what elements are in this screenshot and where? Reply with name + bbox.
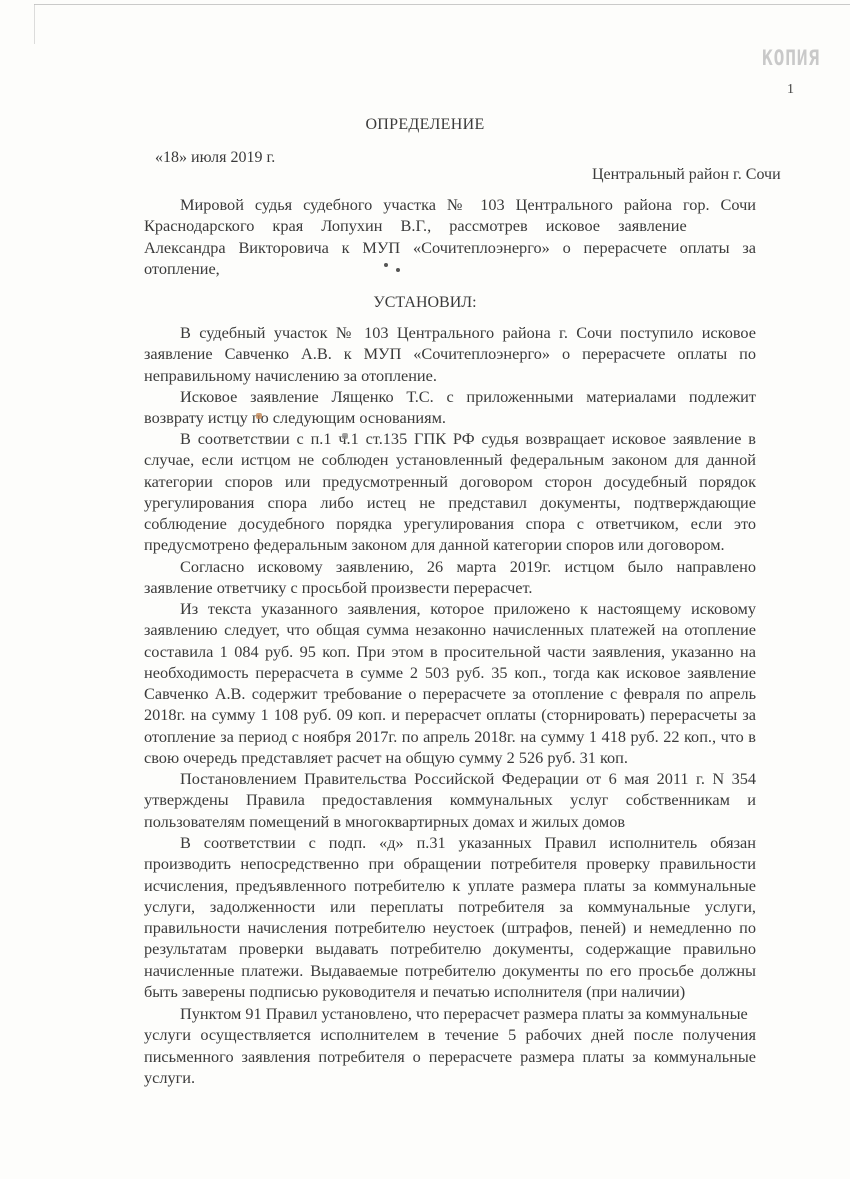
text-line: Из текста указанного заявления, которое … <box>144 598 756 619</box>
text-line: начисленные платежи. Выдаваемые потребит… <box>144 960 756 981</box>
text-line: заявлению следует, что общая сумма незак… <box>144 619 756 640</box>
intro-paragraph: Мировой судья судебного участка № 103 Це… <box>144 194 756 279</box>
text-line: составила 1 084 руб. 95 коп. При этом в … <box>144 641 756 662</box>
scan-speck <box>384 263 388 267</box>
paragraph: Исковое заявление Лященко Т.С. с приложе… <box>144 386 756 429</box>
document-title: ОПРЕДЕЛЕНИЕ <box>0 116 850 134</box>
copy-stamp: КОПИЯ <box>762 46 820 70</box>
paragraph: Из текста указанного заявления, которое … <box>144 598 756 768</box>
paragraph: Согласно исковому заявлению, 26 марта 20… <box>144 556 756 599</box>
paragraph: Пунктом 91 Правил установлено, что перер… <box>144 1003 756 1088</box>
text-line: 2018г. на сумму 1 108 руб. 09 коп. и пер… <box>144 704 756 725</box>
paragraph: В судебный участок № 103 Центрального ра… <box>144 322 756 386</box>
text-line: заявление ответчику с просьбой произвест… <box>144 577 756 598</box>
paragraph: Постановлением Правительства Российской … <box>144 768 756 832</box>
text-line: урегулирования спора либо истец не предс… <box>144 492 756 513</box>
text-line: производить непосредственно при обращени… <box>144 853 756 874</box>
text-line: Исковое заявление Лященко Т.С. с приложе… <box>144 386 756 407</box>
text-line: услуги. <box>144 1067 756 1088</box>
text-line: правильности начисления потребителю неус… <box>144 917 756 938</box>
scan-speck <box>396 268 400 272</box>
scan-smudge <box>256 413 262 419</box>
text-line: Мировой судья судебного участка № 103 Це… <box>144 194 756 215</box>
scan-smudge <box>342 433 348 439</box>
text-line: отопление за период с ноября 2017г. по а… <box>144 726 756 747</box>
text-line: услуги осуществляется исполнителем в теч… <box>144 1024 756 1045</box>
text-line: результатам проверки выдавать потребител… <box>144 938 756 959</box>
text-line: В судебный участок № 103 Центрального ра… <box>144 322 756 343</box>
text-line: неправильному начислению за отопление. <box>144 365 756 386</box>
text-line: В соответствии с п.1 ч.1 ст.135 ГПК РФ с… <box>144 428 756 449</box>
text-line: В соответствии с подп. «д» п.31 указанны… <box>144 832 756 853</box>
text-line: Александра Викторовича к МУП «Сочитеплоэ… <box>144 237 756 258</box>
scan-edge-top <box>34 4 850 5</box>
document-place: Центральный район г. Сочи <box>592 166 781 184</box>
paragraph: В соответствии с п.1 ч.1 ст.135 ГПК РФ с… <box>144 428 756 556</box>
text-line: возврату истцу по следующим основаниям. <box>144 407 756 428</box>
text-line: Постановлением Правительства Российской … <box>144 768 756 789</box>
text-line: услуги, задолженности или переплаты потр… <box>144 896 756 917</box>
text-line: исчисления, предъявленного потребителю к… <box>144 875 756 896</box>
text-line: предусмотрено федеральным законом для да… <box>144 534 756 555</box>
text-line: свою очередь представляет расчет на общу… <box>144 747 756 768</box>
text-line: категории споров или предусмотренный дог… <box>144 471 756 492</box>
text-line: письменного заявления потребителя о пере… <box>144 1046 756 1067</box>
text-line: заявление Савченко А.В. к МУП «Сочитепло… <box>144 343 756 364</box>
scan-edge-left <box>34 4 35 44</box>
text-line: утверждены Правила предоставления коммун… <box>144 789 756 810</box>
text-line: необходимость перерасчета в сумме 2 503 … <box>144 662 756 683</box>
text-line: отопление, <box>144 258 756 279</box>
document-page: КОПИЯ 1 ОПРЕДЕЛЕНИЕ «18» июля 2019 г. Це… <box>0 0 850 1179</box>
text-line: соблюдение досудебного порядка урегулиро… <box>144 513 756 534</box>
text-line: Краснодарского края Лопухин В.Г., рассмо… <box>144 215 756 236</box>
text-line: Согласно исковому заявлению, 26 марта 20… <box>144 556 756 577</box>
text-line: случае, если истцом не соблюден установл… <box>144 449 756 470</box>
document-date: «18» июля 2019 г. <box>155 149 275 167</box>
text-line: пользователям помещений в многоквартирны… <box>144 811 756 832</box>
page-number: 1 <box>787 82 794 98</box>
paragraph: В соответствии с подп. «д» п.31 указанны… <box>144 832 756 1002</box>
text-line: Савченко А.В. содержит требование о пере… <box>144 683 756 704</box>
text-line: быть заверены подписью руководителя и пе… <box>144 981 756 1002</box>
text-line: Пунктом 91 Правил установлено, что перер… <box>144 1003 756 1024</box>
section-heading: УСТАНОВИЛ: <box>0 294 850 312</box>
